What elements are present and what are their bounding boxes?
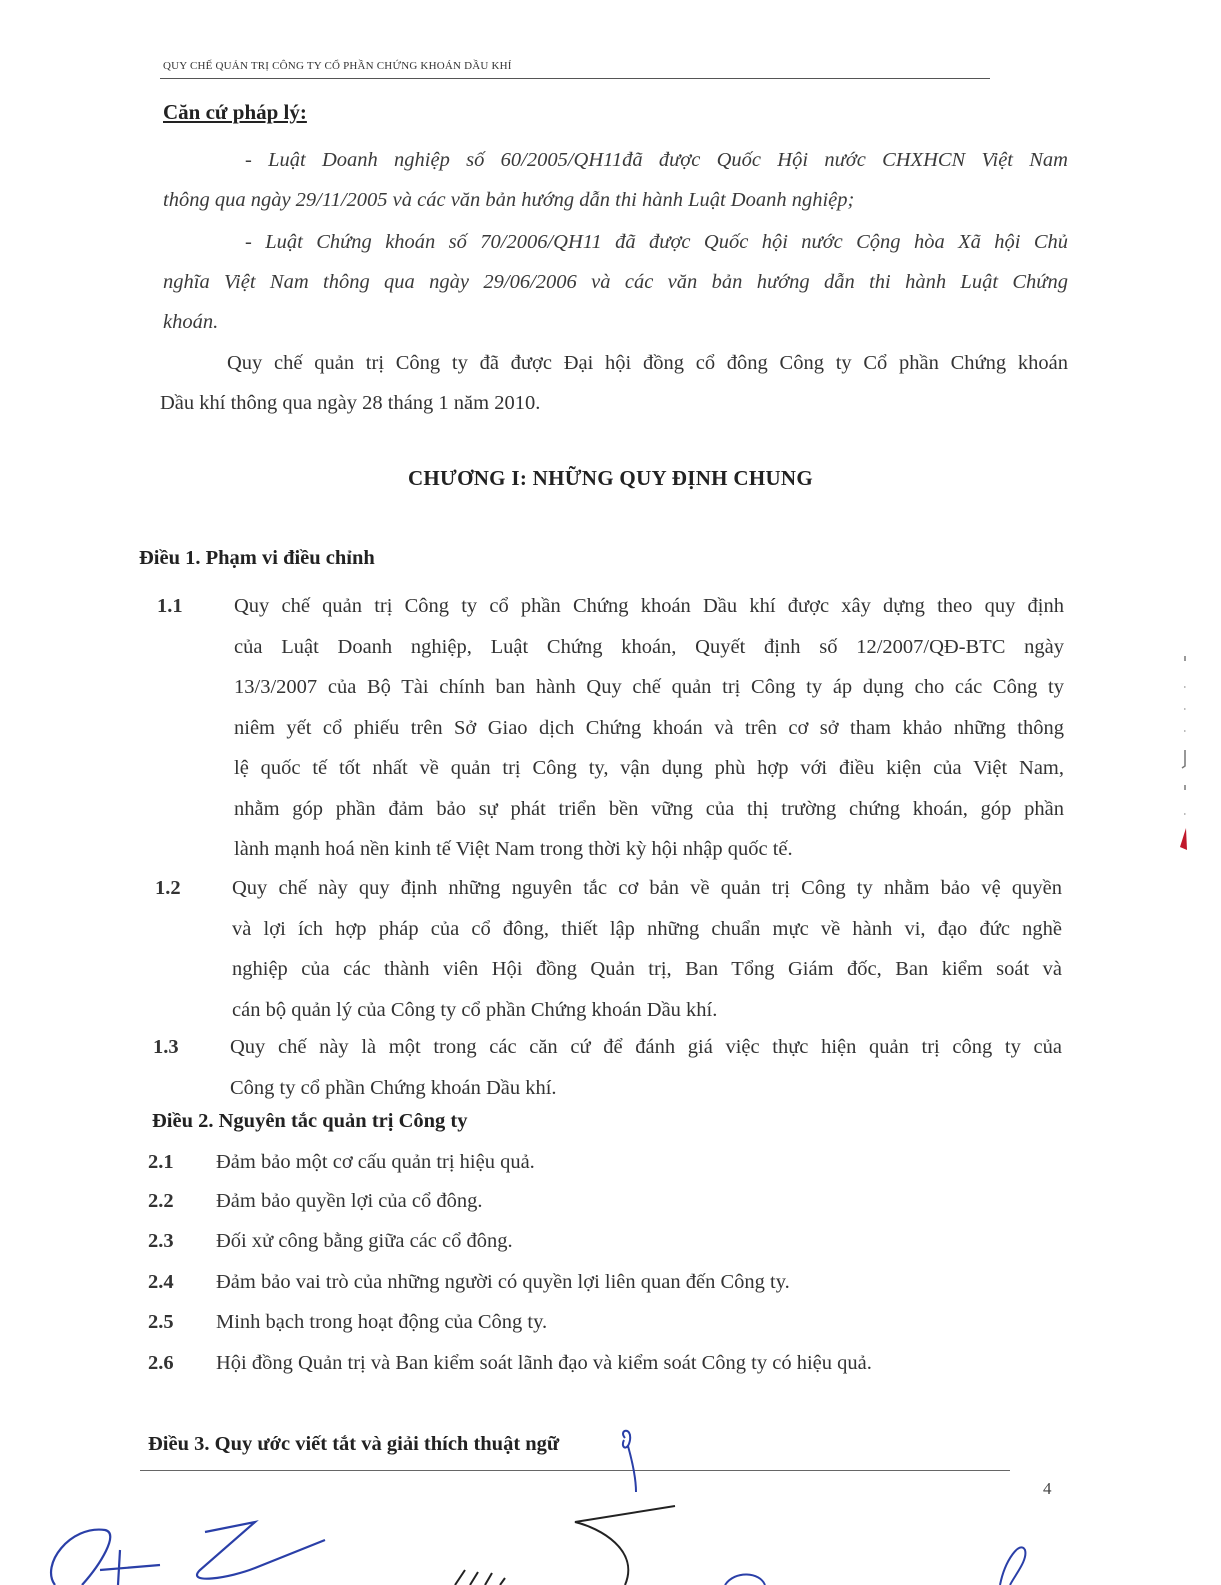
- clause-line: nghiệp của các thành viên Hội đồng Quản …: [232, 949, 1062, 990]
- signature-3: [725, 1547, 1025, 1585]
- clause-line: Quy chế quản trị Công ty cổ phần Chứng k…: [234, 586, 1064, 627]
- clause-number: 1.3: [153, 1027, 179, 1068]
- item-text: Minh bạch trong hoạt động của Công ty.: [216, 1311, 547, 1334]
- signature-2: [455, 1506, 675, 1585]
- header-rule: [160, 78, 990, 79]
- item-text: Hội đồng Quản trị và Ban kiểm soát lãnh …: [216, 1352, 872, 1375]
- clause-line: lệ quốc tế tốt nhất về quản trị Công ty,…: [234, 748, 1064, 789]
- clause-line: 13/3/2007 của Bộ Tài chính ban hành Quy …: [234, 667, 1064, 708]
- item-number: 2.1: [148, 1151, 174, 1174]
- margin-marks: [1170, 650, 1200, 860]
- legal-basis-item-1-line-1: - Luật Doanh nghiệp số 60/2005/QH11đã đư…: [245, 149, 1068, 171]
- clause-line: lành mạnh hoá nền kinh tế Việt Nam trong…: [234, 829, 1064, 870]
- clause-line: Quy chế này là một trong các căn cứ để đ…: [230, 1027, 1062, 1068]
- clause-line: Quy chế này quy định những nguyên tắc cơ…: [232, 868, 1062, 909]
- chapter-title: CHƯƠNG I: NHỮNG QUY ĐỊNH CHUNG: [0, 466, 1221, 491]
- item-number: 2.4: [148, 1271, 174, 1294]
- legal-basis-item-1: - Luật Doanh nghiệp số 60/2005/QH11đã đư…: [163, 140, 1068, 220]
- legal-basis-item-1-line-2: thông qua ngày 29/11/2005 và các văn bản…: [163, 180, 1068, 220]
- article-1-title: Điều 1. Phạm vi điều chỉnh: [139, 547, 375, 570]
- clause-line: và lợi ích hợp pháp của cổ đông, thiết l…: [232, 909, 1062, 950]
- legal-basis-item-2: - Luật Chứng khoán số 70/2006/QH11 đã đư…: [163, 222, 1068, 342]
- adoption-paragraph: Quy chế quản trị Công ty đã được Đại hội…: [160, 343, 1068, 423]
- document-page: QUY CHẾ QUẢN TRỊ CÔNG TY CỔ PHẦN CHỨNG K…: [0, 0, 1221, 1585]
- adoption-line-1: Quy chế quản trị Công ty đã được Đại hội…: [227, 352, 1068, 374]
- clause-line: cán bộ quản lý của Công ty cổ phần Chứng…: [232, 990, 1062, 1031]
- clause-line: Công ty cổ phần Chứng khoán Dầu khí.: [230, 1068, 1062, 1109]
- clause-1-3-text: Quy chế này là một trong các căn cứ để đ…: [230, 1027, 1062, 1108]
- item-number: 2.3: [148, 1230, 174, 1253]
- legal-basis-item-2-line-2: nghĩa Việt Nam thông qua ngày 29/06/2006…: [163, 262, 1068, 302]
- legal-basis-item-2-line-3: khoán.: [163, 302, 1068, 342]
- item-text: Đối xử công bằng giữa các cổ đông.: [216, 1230, 513, 1253]
- item-number: 2.2: [148, 1190, 174, 1213]
- adoption-line-2: Dầu khí thông qua ngày 28 tháng 1 năm 20…: [160, 383, 1068, 423]
- clause-number: 1.1: [157, 586, 183, 627]
- item-number: 2.5: [148, 1311, 174, 1334]
- article-2-title: Điều 2. Nguyên tắc quản trị Công ty: [152, 1110, 468, 1133]
- signatures: [0, 1400, 1221, 1585]
- item-text: Đảm bảo vai trò của những người có quyền…: [216, 1271, 790, 1294]
- clause-1-2-text: Quy chế này quy định những nguyên tắc cơ…: [232, 868, 1062, 1030]
- item-text: Đảm bảo quyền lợi của cổ đông.: [216, 1190, 482, 1213]
- clause-1-1-text: Quy chế quản trị Công ty cổ phần Chứng k…: [234, 586, 1064, 870]
- item-number: 2.6: [148, 1352, 174, 1375]
- clause-line: nhằm góp phần đảm bảo sự phát triển bền …: [234, 789, 1064, 830]
- signature-initial-article3: [623, 1431, 636, 1492]
- running-header: QUY CHẾ QUẢN TRỊ CÔNG TY CỔ PHẦN CHỨNG K…: [163, 60, 512, 72]
- legal-basis-item-2-line-1: - Luật Chứng khoán số 70/2006/QH11 đã đư…: [245, 231, 1068, 253]
- clause-line: của Luật Doanh nghiệp, Luật Chứng khoán,…: [234, 627, 1064, 668]
- item-text: Đảm bảo một cơ cấu quản trị hiệu quả.: [216, 1151, 535, 1174]
- legal-basis-title: Căn cứ pháp lý:: [163, 100, 307, 125]
- clause-line: niêm yết cổ phiếu trên Sở Giao dịch Chứn…: [234, 708, 1064, 749]
- clause-number: 1.2: [155, 868, 181, 909]
- signature-1: [51, 1522, 325, 1585]
